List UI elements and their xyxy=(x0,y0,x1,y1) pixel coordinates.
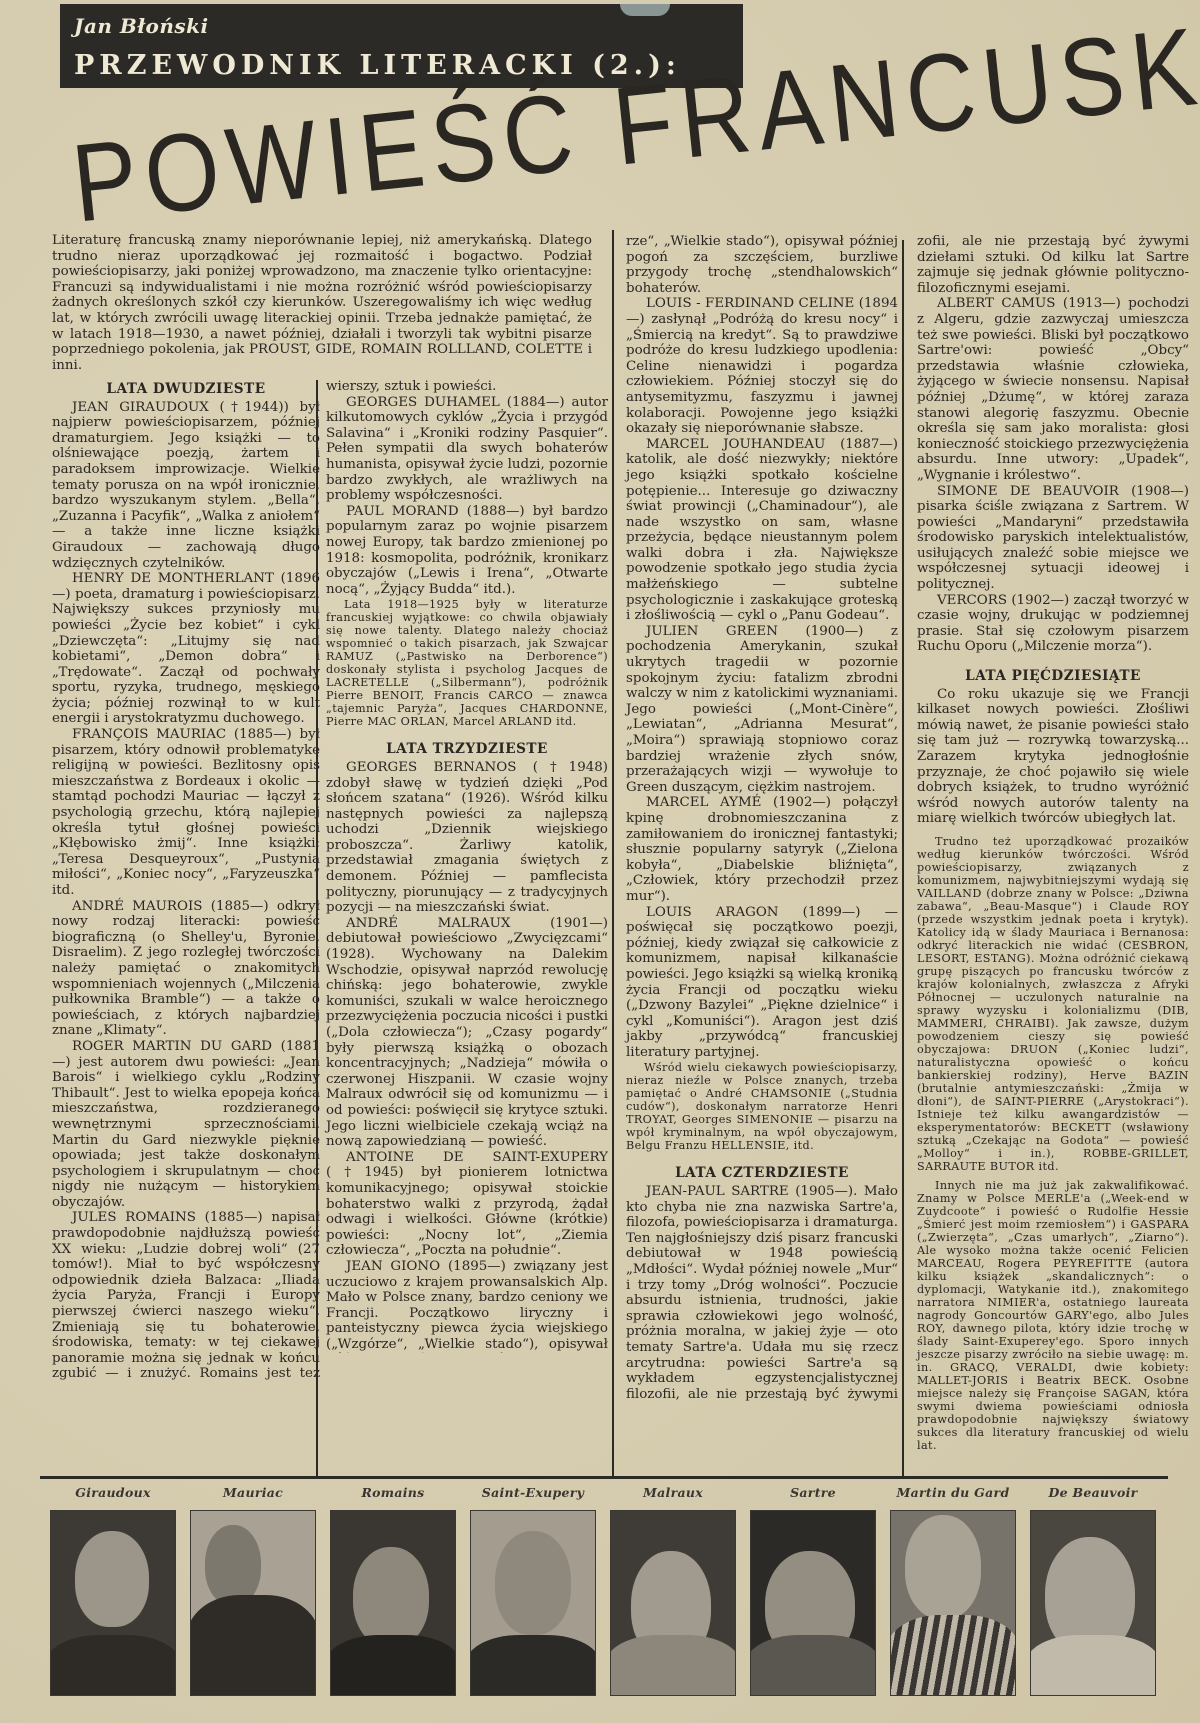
entry-giono: JEAN GIONO (1895—) związany jest uczucio… xyxy=(326,1259,608,1353)
portrait-photo xyxy=(190,1510,316,1696)
photo-strip-divider xyxy=(40,1476,1168,1479)
entry-romains-cont: wierszy, sztuk i powieści. xyxy=(326,379,608,395)
portrait-photo xyxy=(470,1510,596,1696)
section-heading-thirties: LATA TRZYDZIESTE xyxy=(326,742,608,758)
portrait-caption: Saint-Exupery xyxy=(470,1482,596,1504)
author-portraits: Giraudoux Mauriac Romains Saint-Exupery … xyxy=(40,1482,1190,1722)
column-4: zofii, ale nie przestają być żywymi dzie… xyxy=(917,234,1189,1454)
entry-celine: LOUIS - FERDINAND CELINE (1894—) zasłyną… xyxy=(626,296,898,436)
section-heading-forties: LATA CZTERDZIESTE xyxy=(626,1166,898,1182)
entry-saint-exupery: ANTOINE DE SAINT-EXUPERY (†1945) był pio… xyxy=(326,1150,608,1259)
portrait-sartre: Sartre xyxy=(750,1482,876,1696)
entry-giraudoux: JEAN GIRAUDOUX (†1944)) był najpierw pow… xyxy=(52,400,320,572)
entry-martin-du-gard: ROGER MARTIN DU GARD (1881—) jest autore… xyxy=(52,1039,320,1211)
portrait-caption: Sartre xyxy=(750,1482,876,1504)
entry-maurois: ANDRÉ MAUROIS (1885—) odkrył nowy rodzaj… xyxy=(52,899,320,1039)
portrait-de-beauvoir: De Beauvoir xyxy=(1030,1482,1156,1696)
note-1918-1925: Lata 1918—1925 były w literaturze francu… xyxy=(326,598,608,728)
portrait-photo xyxy=(330,1510,456,1696)
column-3: rze“, „Wielkie stado“), opisywał później… xyxy=(626,234,898,1402)
portrait-martin-du-gard: Martin du Gard xyxy=(890,1482,1016,1696)
portrait-photo xyxy=(890,1510,1016,1696)
portrait-caption: De Beauvoir xyxy=(1030,1482,1156,1504)
entry-duhamel: GEORGES DUHAMEL (1884—) autor kilkutomow… xyxy=(326,395,608,504)
portrait-giraudoux: Giraudoux xyxy=(50,1482,176,1696)
intro-paragraph: Literaturę francuską znamy nieporównanie… xyxy=(52,233,592,373)
note-thirties: Wśród wielu ciekawych powieściopisarzy, … xyxy=(626,1061,898,1152)
entry-vercors: VERCORS (1902—) zaczął tworzyć w czasie … xyxy=(917,593,1189,655)
portrait-caption: Malraux xyxy=(610,1482,736,1504)
column-1: LATA DWUDZIESTE JEAN GIRAUDOUX (†1944)) … xyxy=(52,378,320,1381)
entry-sartre: JEAN-PAUL SARTRE (1905—). Mało kto chyba… xyxy=(626,1184,898,1402)
portrait-malraux: Malraux xyxy=(610,1482,736,1696)
entry-aragon: LOUIS ARAGON (1899—) — poświęcał się poc… xyxy=(626,905,898,1061)
entry-malraux: ANDRÉ MALRAUX (1901—) debiutował powieśc… xyxy=(326,916,608,1150)
portrait-caption: Mauriac xyxy=(190,1482,316,1504)
entry-camus: ALBERT CAMUS (1913—) pochodzi z Algeru, … xyxy=(917,296,1189,483)
portrait-caption: Martin du Gard xyxy=(890,1482,1016,1504)
portrait-caption: Romains xyxy=(330,1482,456,1504)
column-divider xyxy=(902,240,904,1476)
fifties-note-2: Innych nie ma już jak zakwalifikować. Zn… xyxy=(917,1179,1189,1452)
entry-jouhandeau: MARCEL JOUHANDEAU (1887—) katolik, ale d… xyxy=(626,437,898,624)
portrait-photo xyxy=(1030,1510,1156,1696)
portrait-mauriac: Mauriac xyxy=(190,1482,316,1696)
entry-beauvoir: SIMONE DE BEAUVOIR (1908—) pisarka ściśl… xyxy=(917,484,1189,593)
entry-giono-cont: rze“, „Wielkie stado“), opisywał później… xyxy=(626,234,898,296)
entry-ayme: MARCEL AYMÉ (1902—) połączył kpinę drobn… xyxy=(626,795,898,904)
entry-bernanos: GEORGES BERNANOS (†1948) zdobył sławę w … xyxy=(326,760,608,916)
fifties-note-1: Trudno też uporządkować prozaików według… xyxy=(917,835,1189,1173)
portrait-photo xyxy=(610,1510,736,1696)
portrait-photo xyxy=(50,1510,176,1696)
column-divider xyxy=(612,230,614,1476)
author-name: Jan Błoński xyxy=(74,14,209,38)
portrait-romains: Romains xyxy=(330,1482,456,1696)
entry-mauriac: FRANÇOIS MAURIAC (1885—) był pisarzem, k… xyxy=(52,727,320,899)
column-2: wierszy, sztuk i powieści. GEORGES DUHAM… xyxy=(326,379,608,1353)
fifties-lead: Co roku ukazuje się we Francji kilkaset … xyxy=(917,687,1189,827)
section-heading-twenties: LATA DWUDZIESTE xyxy=(52,382,320,398)
portrait-photo xyxy=(750,1510,876,1696)
portrait-saint-exupery: Saint-Exupery xyxy=(470,1482,596,1696)
article-headline: POWIEŚĆ FRANCUSKA xyxy=(80,80,1200,230)
entry-montherlant: HENRY DE MONTHERLANT (1896—) poeta, dram… xyxy=(52,571,320,727)
section-heading-fifties: LATA PIĘĆDZIESIĄTE xyxy=(917,669,1189,685)
entry-sartre-cont: zofii, ale nie przestają być żywymi dzie… xyxy=(917,234,1189,296)
decorative-blob xyxy=(620,4,670,16)
entry-romains: JULES ROMAINS (1885—) napisał prawdopodo… xyxy=(52,1210,320,1381)
entry-morand: PAUL MORAND (1888—) był bardzo popularny… xyxy=(326,504,608,598)
portrait-caption: Giraudoux xyxy=(50,1482,176,1504)
entry-green: JULIEN GREEN (1900—) z pochodzenia Amery… xyxy=(626,624,898,796)
